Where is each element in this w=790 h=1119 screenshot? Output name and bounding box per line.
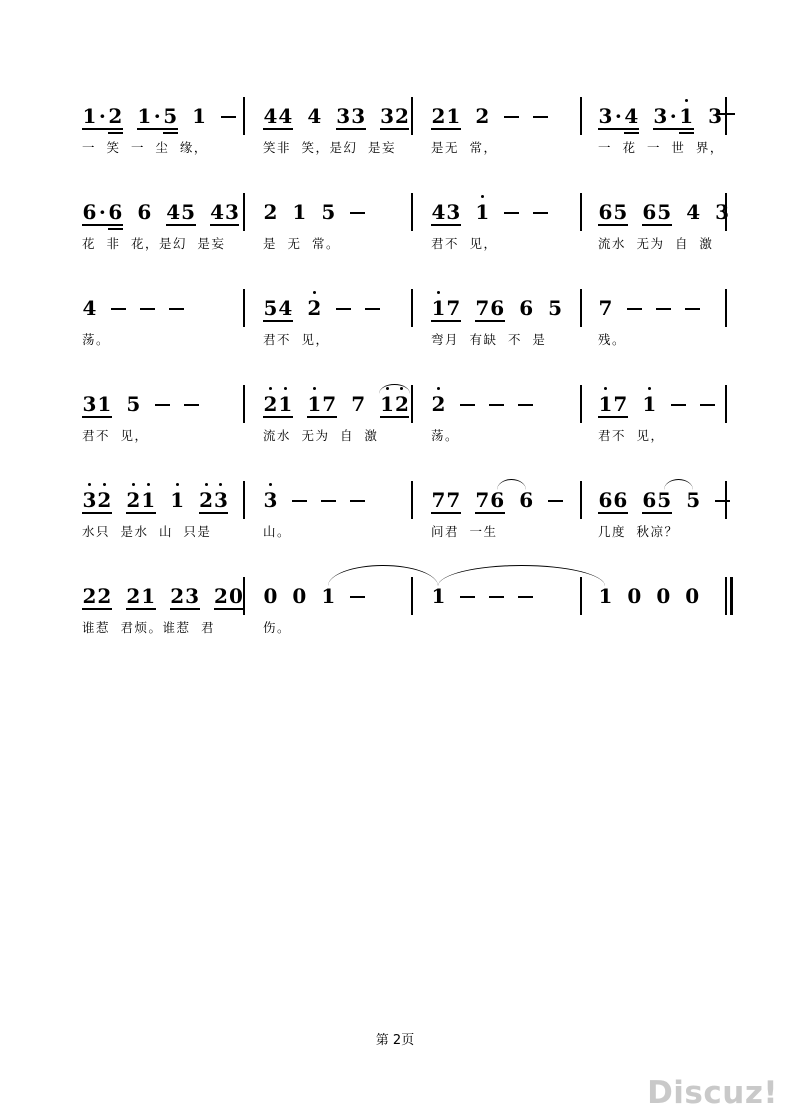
note-group: 44 xyxy=(263,105,293,127)
note-group: 22 xyxy=(82,585,112,607)
note-digit: 4 xyxy=(307,105,322,127)
note-digit: 1 xyxy=(679,105,694,127)
note-digit: 2 xyxy=(97,585,112,607)
measure: 2荡。 xyxy=(413,385,580,443)
dash-continuation xyxy=(518,404,533,406)
note-group: 2 xyxy=(475,105,490,127)
note-group: 0 xyxy=(292,585,307,607)
barline xyxy=(725,193,727,231)
note-digit: 2 xyxy=(126,489,141,511)
note-digit: 2 xyxy=(199,489,214,511)
notes-row: 215 xyxy=(263,199,411,223)
note-digit: 7 xyxy=(351,393,366,415)
dash-continuation xyxy=(518,596,533,598)
note-digit: 7 xyxy=(322,393,337,415)
note-group: 23 xyxy=(199,489,229,511)
notes-row: 2 xyxy=(431,391,580,415)
score-line: 6·664543花 非 花，是幻 是妄215是 无 常。431君不 见，6565… xyxy=(82,193,730,289)
notes-row: 3·43·13 xyxy=(598,103,725,127)
measure: 1·21·51一 笑 一 尘 缘， xyxy=(82,97,243,155)
note-digit: 1 xyxy=(82,105,97,127)
note-digit: 5 xyxy=(657,489,672,511)
note-digit: 7 xyxy=(475,489,490,511)
note-group: 2 xyxy=(307,297,322,319)
lyrics-text: 问君 一生 xyxy=(431,524,580,539)
note-digit: 3 xyxy=(185,585,200,607)
dash-continuation xyxy=(504,116,519,118)
lyrics-text: 笑非 笑，是幻 是妄 xyxy=(263,140,411,155)
note-digit: 5 xyxy=(263,297,278,319)
note-group: 3·4 xyxy=(598,105,639,127)
note-digit: 2 xyxy=(97,489,112,511)
lyrics-text: 水只 是水 山 只是 xyxy=(82,524,243,539)
note-digit: 1 xyxy=(642,393,657,415)
note-digit: 6 xyxy=(137,201,152,223)
note-group: 2 xyxy=(431,393,446,415)
note-digit: 1 xyxy=(192,105,207,127)
note-digit: 1 xyxy=(446,105,461,127)
note-digit: 1 xyxy=(321,585,336,607)
note-group: 21 xyxy=(431,105,461,127)
note-digit: 5 xyxy=(686,489,701,511)
lyrics-text: 流水 无为 自 激 xyxy=(598,236,725,251)
note-digit: 2 xyxy=(82,585,97,607)
note-digit: 0 xyxy=(263,585,278,607)
barline xyxy=(243,481,245,519)
dash-continuation xyxy=(184,404,199,406)
note-digit: 2 xyxy=(126,585,141,607)
note-digit: 4 xyxy=(263,105,278,127)
note-group: 77 xyxy=(431,489,461,511)
dash-continuation xyxy=(460,596,475,598)
dash-continuation xyxy=(715,500,730,502)
note-digit: 4 xyxy=(166,201,181,223)
note-digit: 2 xyxy=(263,393,278,415)
note-group: 1·5 xyxy=(137,105,178,127)
note-digit: 1 xyxy=(431,585,446,607)
dash-continuation xyxy=(350,500,365,502)
note-digit: 3 xyxy=(351,105,366,127)
lyrics-text: 君不 见， xyxy=(82,428,243,443)
dash-continuation xyxy=(169,308,184,310)
note-digit: 1 xyxy=(141,585,156,607)
notes-row: 66655 xyxy=(598,487,725,511)
note-digit: 1 xyxy=(141,489,156,511)
note-digit: 2 xyxy=(475,105,490,127)
note-group: 0 xyxy=(656,585,671,607)
dash-continuation xyxy=(221,116,236,118)
note-digit: 5 xyxy=(548,297,563,319)
lyrics-text: 一 花 一 世 界， xyxy=(598,140,725,155)
notes-row: 7 xyxy=(598,295,725,319)
lyrics-text: 一 笑 一 尘 缘， xyxy=(82,140,243,155)
lyrics-text: 荡。 xyxy=(431,428,580,443)
note-digit: 0 xyxy=(656,585,671,607)
note-digit: 4 xyxy=(686,201,701,223)
note-group: 3 xyxy=(715,201,730,223)
barline xyxy=(411,289,413,327)
barline xyxy=(580,193,582,231)
augmentation-dot: · xyxy=(97,105,108,127)
dash-continuation xyxy=(321,500,336,502)
notes-row: 77766 xyxy=(431,487,580,511)
note-digit: 4 xyxy=(624,105,639,127)
note-group: 23 xyxy=(170,585,200,607)
note-digit: 2 xyxy=(108,105,123,127)
barline xyxy=(725,481,727,519)
note-group: 1 xyxy=(321,585,336,607)
dash-continuation xyxy=(533,212,548,214)
measure: 4荡。 xyxy=(82,289,243,347)
note-digit: 3 xyxy=(446,201,461,223)
lyrics-text: 弯月 有缺 不 是 xyxy=(431,332,580,347)
note-group: 7 xyxy=(351,393,366,415)
notes-row: 1·21·51 xyxy=(82,103,243,127)
measure: 4443332笑非 笑，是幻 是妄 xyxy=(245,97,411,155)
note-digit: 4 xyxy=(82,297,97,319)
note-digit: 1 xyxy=(307,393,322,415)
note-digit: 7 xyxy=(446,297,461,319)
dash-continuation xyxy=(155,404,170,406)
lyrics-text: 君不 见， xyxy=(598,428,725,443)
note-group: 1 xyxy=(292,201,307,223)
note-digit: 2 xyxy=(431,105,446,127)
note-digit: 5 xyxy=(613,201,628,223)
note-group: 17 xyxy=(431,297,461,319)
score-line: 4荡。542君不 见，177665弯月 有缺 不 是7残。 xyxy=(82,289,730,385)
note-digit: 6 xyxy=(642,201,657,223)
note-digit: 4 xyxy=(210,201,225,223)
measure: 3山。 xyxy=(245,481,411,539)
note-digit: 6 xyxy=(108,201,123,223)
barline xyxy=(243,577,245,615)
note-digit: 3 xyxy=(598,105,613,127)
dash-continuation xyxy=(111,308,126,310)
notes-row: 4 xyxy=(82,295,243,319)
note-group: 12 xyxy=(380,393,410,415)
note-digit: 4 xyxy=(431,201,446,223)
note-digit: 1 xyxy=(475,201,490,223)
notes-row: 177665 xyxy=(431,295,580,319)
note-digit: 3 xyxy=(653,105,668,127)
lyrics-text: 是 无 常。 xyxy=(263,236,411,251)
barline xyxy=(725,385,727,423)
note-group: 3 xyxy=(708,105,723,127)
note-group: 65 xyxy=(642,489,672,511)
note-digit: 2 xyxy=(395,105,410,127)
note-group: 43 xyxy=(431,201,461,223)
note-group: 4 xyxy=(686,201,701,223)
note-group: 4 xyxy=(307,105,322,127)
note-digit: 3 xyxy=(214,489,229,511)
lyrics-text: 山。 xyxy=(263,524,411,539)
note-digit: 6 xyxy=(519,297,534,319)
note-digit: 0 xyxy=(685,585,700,607)
note-digit: 1 xyxy=(97,393,112,415)
note-group: 3 xyxy=(263,489,278,511)
dash-continuation xyxy=(548,500,563,502)
dash-continuation xyxy=(656,308,671,310)
notes-row: 1000 xyxy=(598,583,725,607)
note-digit: 4 xyxy=(278,105,293,127)
note-group: 5 xyxy=(126,393,141,415)
note-digit: 2 xyxy=(307,297,322,319)
note-digit: 6 xyxy=(613,489,628,511)
measure: 315君不 见， xyxy=(82,385,243,443)
note-digit: 6 xyxy=(490,489,505,511)
dash-continuation xyxy=(489,404,504,406)
note-digit: 7 xyxy=(446,489,461,511)
note-digit: 1 xyxy=(598,585,613,607)
barline xyxy=(725,97,727,135)
note-group: 32 xyxy=(82,489,112,511)
dash-continuation xyxy=(700,404,715,406)
barline xyxy=(580,481,582,519)
dash-continuation xyxy=(504,212,519,214)
note-digit: 5 xyxy=(657,201,672,223)
note-digit: 1 xyxy=(598,393,613,415)
note-group: 0 xyxy=(627,585,642,607)
final-barline xyxy=(725,577,733,615)
augmentation-dot: · xyxy=(613,105,624,127)
notes-row: 315 xyxy=(82,391,243,415)
note-group: 6 xyxy=(519,489,534,511)
sheet-music-page: 1·21·51一 笑 一 尘 缘，4443332笑非 笑，是幻 是妄212是无 … xyxy=(0,0,790,1119)
note-group: 1 xyxy=(192,105,207,127)
lyrics-text: 残。 xyxy=(598,332,725,347)
dash-continuation xyxy=(627,308,642,310)
measure: 7残。 xyxy=(582,289,725,347)
note-digit: 6 xyxy=(598,201,613,223)
notes-row: 1 xyxy=(431,583,580,607)
dash-continuation xyxy=(350,596,365,598)
lyrics-text: 谁惹 君烦。谁惹 君 xyxy=(82,620,243,635)
lyrics-text: 伤。 xyxy=(263,620,411,635)
barline xyxy=(411,385,413,423)
note-digit: 6 xyxy=(598,489,613,511)
note-group: 2 xyxy=(263,201,278,223)
score-line: 22212320谁惹 君烦。谁惹 君001伤。11000 xyxy=(82,577,730,673)
note-group: 1 xyxy=(475,201,490,223)
note-group: 32 xyxy=(380,105,410,127)
note-group: 43 xyxy=(210,201,240,223)
note-group: 65 xyxy=(642,201,672,223)
notes-row: 3221123 xyxy=(82,487,243,511)
note-digit: 5 xyxy=(321,201,336,223)
note-group: 6 xyxy=(519,297,534,319)
note-group: 76 xyxy=(475,489,505,511)
note-group: 7 xyxy=(598,297,613,319)
dash-continuation xyxy=(671,404,686,406)
note-digit: 3 xyxy=(263,489,278,511)
lyrics-text: 君不 见， xyxy=(263,332,411,347)
note-digit: 0 xyxy=(292,585,307,607)
note-digit: 3 xyxy=(82,393,97,415)
barline xyxy=(725,289,727,327)
barline xyxy=(411,193,413,231)
measure: 215是 无 常。 xyxy=(245,193,411,251)
note-digit: 1 xyxy=(292,201,307,223)
dash-continuation xyxy=(460,404,475,406)
measure: 66655几度 秋凉？ xyxy=(582,481,725,539)
note-digit: 6 xyxy=(490,297,505,319)
measure: 171君不 见， xyxy=(582,385,725,443)
score-line: 3221123水只 是水 山 只是3山。77766问君 一生66655几度 秋凉… xyxy=(82,481,730,577)
note-digit: 6 xyxy=(82,201,97,223)
note-group: 17 xyxy=(598,393,628,415)
dash-continuation xyxy=(489,596,504,598)
barline xyxy=(411,97,413,135)
barline xyxy=(243,97,245,135)
dash-continuation xyxy=(350,212,365,214)
note-group: 76 xyxy=(475,297,505,319)
note-group: 66 xyxy=(598,489,628,511)
note-digit: 6 xyxy=(642,489,657,511)
note-digit: 1 xyxy=(170,489,185,511)
score: 1·21·51一 笑 一 尘 缘，4443332笑非 笑，是幻 是妄212是无 … xyxy=(82,97,730,673)
barline xyxy=(580,385,582,423)
lyrics-text: 是无 常， xyxy=(431,140,580,155)
note-group: 20 xyxy=(214,585,244,607)
augmentation-dot: · xyxy=(152,105,163,127)
note-group: 31 xyxy=(82,393,112,415)
note-digit: 1 xyxy=(278,393,293,415)
note-group: 1 xyxy=(170,489,185,511)
lyrics-text: 荡。 xyxy=(82,332,243,347)
lyrics-text: 花 非 花，是幻 是妄 xyxy=(82,236,243,251)
barline xyxy=(243,385,245,423)
barline xyxy=(243,289,245,327)
barline xyxy=(243,193,245,231)
note-digit: 3 xyxy=(380,105,395,127)
notes-row: 22212320 xyxy=(82,583,243,607)
note-digit: 2 xyxy=(170,585,185,607)
lyrics-text: 君不 见， xyxy=(431,236,580,251)
note-group: 6·6 xyxy=(82,201,123,223)
note-group: 1 xyxy=(431,585,446,607)
discuz-watermark: Discuz! xyxy=(647,1075,778,1111)
note-group: 54 xyxy=(263,297,293,319)
notes-row: 4443332 xyxy=(263,103,411,127)
note-group: 0 xyxy=(685,585,700,607)
note-digit: 7 xyxy=(598,297,613,319)
note-digit: 0 xyxy=(228,585,243,607)
note-digit: 3 xyxy=(715,201,730,223)
barline xyxy=(411,481,413,519)
note-digit: 4 xyxy=(278,297,293,319)
note-group: 21 xyxy=(263,393,293,415)
page-number: 第 2页 xyxy=(0,1029,790,1048)
note-group: 1 xyxy=(598,585,613,607)
note-digit: 3 xyxy=(225,201,240,223)
note-digit: 0 xyxy=(627,585,642,607)
note-digit: 7 xyxy=(475,297,490,319)
dash-continuation xyxy=(336,308,351,310)
note-group: 33 xyxy=(336,105,366,127)
measure: 212是无 常， xyxy=(413,97,580,155)
note-group: 1 xyxy=(642,393,657,415)
note-digit: 7 xyxy=(431,489,446,511)
dash-continuation xyxy=(685,308,700,310)
measure: 22212320谁惹 君烦。谁惹 君 xyxy=(82,577,243,635)
dash-continuation xyxy=(140,308,155,310)
notes-row: 656543 xyxy=(598,199,725,223)
score-line: 315君不 见，2117712流水 无为 自 激2荡。171君不 见， xyxy=(82,385,730,481)
dash-continuation xyxy=(292,500,307,502)
measure: 542君不 见， xyxy=(245,289,411,347)
note-group: 17 xyxy=(307,393,337,415)
note-group: 1·2 xyxy=(82,105,123,127)
note-digit: 3 xyxy=(708,105,723,127)
notes-row: 2117712 xyxy=(263,391,411,415)
note-digit: 1 xyxy=(380,393,395,415)
note-digit: 5 xyxy=(163,105,178,127)
note-digit: 2 xyxy=(263,201,278,223)
note-digit: 2 xyxy=(395,393,410,415)
augmentation-dot: · xyxy=(668,105,679,127)
note-digit: 2 xyxy=(431,393,446,415)
note-group: 45 xyxy=(166,201,196,223)
notes-row: 171 xyxy=(598,391,725,415)
measure: 3221123水只 是水 山 只是 xyxy=(82,481,243,539)
measure: 177665弯月 有缺 不 是 xyxy=(413,289,580,347)
augmentation-dot: · xyxy=(97,201,108,223)
notes-row: 212 xyxy=(431,103,580,127)
note-digit: 2 xyxy=(214,585,229,607)
note-group: 6 xyxy=(137,201,152,223)
note-digit: 7 xyxy=(613,393,628,415)
note-digit: 3 xyxy=(336,105,351,127)
note-digit: 6 xyxy=(519,489,534,511)
note-group: 5 xyxy=(321,201,336,223)
note-group: 4 xyxy=(82,297,97,319)
note-group: 21 xyxy=(126,585,156,607)
barline xyxy=(580,97,582,135)
measure: 431君不 见， xyxy=(413,193,580,251)
notes-row: 542 xyxy=(263,295,411,319)
notes-row: 001 xyxy=(263,583,411,607)
measure: 656543流水 无为 自 激 xyxy=(582,193,725,251)
note-group: 5 xyxy=(548,297,563,319)
note-digit: 1 xyxy=(137,105,152,127)
barline xyxy=(580,289,582,327)
note-digit: 1 xyxy=(431,297,446,319)
note-digit: 5 xyxy=(181,201,196,223)
lyrics-text: 几度 秋凉？ xyxy=(598,524,725,539)
note-group: 0 xyxy=(263,585,278,607)
measure: 6·664543花 非 花，是幻 是妄 xyxy=(82,193,243,251)
note-group: 3·1 xyxy=(653,105,694,127)
note-digit: 3 xyxy=(82,489,97,511)
notes-row: 6·664543 xyxy=(82,199,243,223)
notes-row: 3 xyxy=(263,487,411,511)
lyrics-text: 流水 无为 自 激 xyxy=(263,428,411,443)
note-group: 65 xyxy=(598,201,628,223)
note-group: 5 xyxy=(686,489,701,511)
score-line: 1·21·51一 笑 一 尘 缘，4443332笑非 笑，是幻 是妄212是无 … xyxy=(82,97,730,193)
dash-continuation xyxy=(365,308,380,310)
note-group: 21 xyxy=(126,489,156,511)
dash-continuation xyxy=(533,116,548,118)
measure: 3·43·13一 花 一 世 界， xyxy=(582,97,725,155)
note-digit: 5 xyxy=(126,393,141,415)
notes-row: 431 xyxy=(431,199,580,223)
